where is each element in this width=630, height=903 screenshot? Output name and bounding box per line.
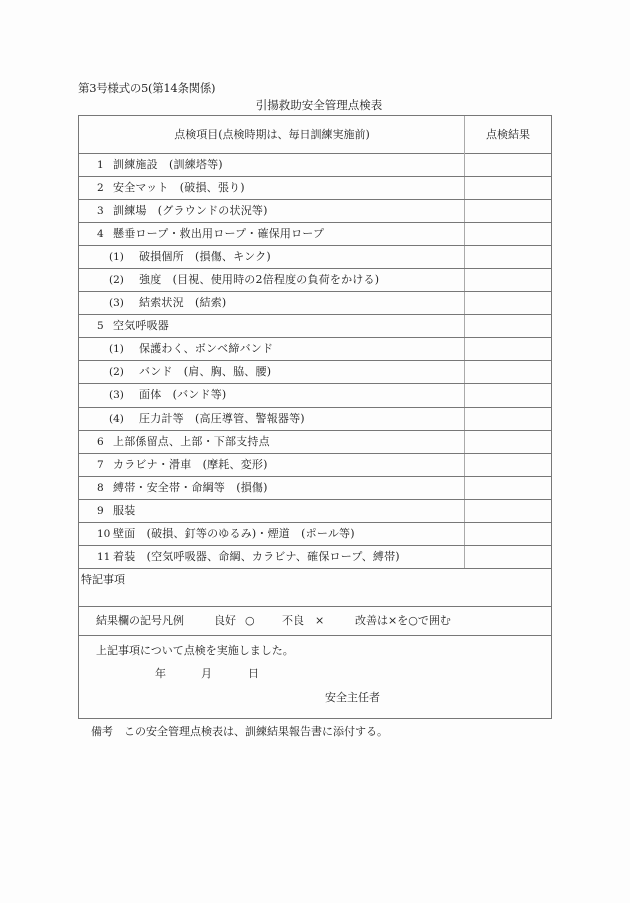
result-cell[interactable]	[465, 361, 551, 383]
result-cell[interactable]	[465, 269, 551, 291]
footnote: 備考 この安全管理点検表は、訓練結果報告書に添付する。	[91, 723, 388, 739]
item-number: (2)	[109, 269, 124, 291]
result-cell[interactable]	[465, 338, 551, 360]
result-cell[interactable]	[465, 315, 551, 337]
result-cell[interactable]	[465, 546, 551, 568]
result-cell[interactable]	[465, 246, 551, 268]
item-number: (3)	[109, 292, 124, 314]
item-label: 安全マット (破損、張り)	[113, 177, 245, 199]
result-cell[interactable]	[465, 154, 551, 176]
table-row: 6上部係留点、上部・下部支持点	[79, 431, 551, 454]
item-label: 強度 (目視、使用時の2倍程度の負荷をかける)	[139, 269, 379, 291]
item-number: (2)	[109, 361, 124, 383]
special-notes-section[interactable]: 特記事項	[79, 569, 551, 607]
item-label: 服装	[113, 500, 135, 522]
item-label: 壁面 (破損、釘等のゆるみ)・煙道 (ポール等)	[113, 523, 355, 545]
item-label: 懸垂ロープ・救出用ロープ・確保用ロープ	[113, 223, 324, 245]
item-number: (1)	[109, 246, 124, 268]
item-number: (3)	[109, 384, 124, 406]
item-number: 8	[97, 477, 104, 499]
item-number: 11	[97, 546, 110, 568]
item-label: カラビナ・滑車 (摩耗、変形)	[113, 454, 268, 476]
result-cell[interactable]	[465, 500, 551, 522]
result-cell[interactable]	[465, 177, 551, 199]
signature-statement: 上記事項について点検を実施しました。	[96, 642, 294, 658]
item-number: 5	[97, 315, 104, 337]
table-row: (3)面体 (バンド等)	[79, 384, 551, 407]
header-result-column: 点検結果	[465, 116, 551, 153]
item-label: 訓練施設 (訓練塔等)	[113, 154, 223, 176]
special-notes-label: 特記事項	[81, 571, 125, 587]
item-label: 空気呼吸器	[113, 315, 169, 337]
item-number: (1)	[109, 338, 124, 360]
legend-bad-label: 不良	[282, 607, 304, 635]
inspection-items: 1訓練施設 (訓練塔等)2安全マット (破損、張り)3訓練場 (グラウンドの状況…	[79, 154, 551, 569]
item-number: 2	[97, 177, 104, 199]
item-label: 面体 (バンド等)	[139, 384, 226, 406]
header-item-column: 点検項目(点検時期は、毎日訓練実施前)	[79, 116, 465, 153]
date-day[interactable]: 日	[248, 665, 259, 681]
legend-good-label: 良好	[214, 607, 236, 635]
result-cell[interactable]	[465, 292, 551, 314]
item-label: 訓練場 (グラウンドの状況等)	[113, 200, 268, 222]
result-cell[interactable]	[465, 200, 551, 222]
safety-officer-label: 安全主任者	[325, 689, 380, 705]
result-cell[interactable]	[465, 454, 551, 476]
result-cell[interactable]	[465, 477, 551, 499]
item-label: 結索状況 (結索)	[139, 292, 226, 314]
result-cell[interactable]	[465, 223, 551, 245]
item-number: 3	[97, 200, 104, 222]
legend-title: 結果欄の記号凡例	[96, 607, 184, 635]
table-row: (4)圧力計等 (高圧導管、警報器等)	[79, 408, 551, 431]
result-cell[interactable]	[465, 408, 551, 430]
item-number: 10	[97, 523, 110, 545]
result-cell[interactable]	[465, 523, 551, 545]
table-row: (2)強度 (目視、使用時の2倍程度の負荷をかける)	[79, 269, 551, 292]
table-row: 7カラビナ・滑車 (摩耗、変形)	[79, 454, 551, 477]
form-number: 第3号様式の5(第14条関係)	[78, 80, 215, 96]
table-header: 点検項目(点検時期は、毎日訓練実施前) 点検結果	[79, 116, 551, 154]
page-title: 引揚救助安全管理点検表	[0, 97, 630, 113]
item-label: バンド (肩、胸、脇、腰)	[139, 361, 271, 383]
date-year[interactable]: 年	[155, 665, 166, 681]
item-label: 縛帯・安全帯・命綱等 (損傷)	[113, 477, 268, 499]
table-row: 10壁面 (破損、釘等のゆるみ)・煙道 (ポール等)	[79, 523, 551, 546]
result-cell[interactable]	[465, 431, 551, 453]
date-month[interactable]: 月	[201, 665, 212, 681]
table-row: (2)バンド (肩、胸、脇、腰)	[79, 361, 551, 384]
table-row: 3訓練場 (グラウンドの状況等)	[79, 200, 551, 223]
legend-improved-text: 改善は×を○で囲む	[355, 607, 451, 635]
legend-row: 結果欄の記号凡例 良好 ○ 不良 × 改善は×を○で囲む	[79, 607, 551, 636]
item-number: 1	[97, 154, 104, 176]
item-label: 着装 (空気呼吸器、命綱、カラビナ、確保ロープ、縛帯)	[113, 546, 400, 568]
signature-section: 上記事項について点検を実施しました。 年 月 日 安全主任者	[79, 636, 551, 718]
item-label: 圧力計等 (高圧導管、警報器等)	[139, 408, 305, 430]
table-row: 5空気呼吸器	[79, 315, 551, 338]
item-label: 保護わく、ボンベ締バンド	[139, 338, 273, 360]
inspection-form: 点検項目(点検時期は、毎日訓練実施前) 点検結果 1訓練施設 (訓練塔等)2安全…	[78, 115, 552, 719]
table-row: 8縛帯・安全帯・命綱等 (損傷)	[79, 477, 551, 500]
table-row: 9服装	[79, 500, 551, 523]
item-number: 6	[97, 431, 104, 453]
item-label: 上部係留点、上部・下部支持点	[113, 431, 270, 453]
legend-good-symbol: ○	[245, 607, 255, 635]
item-number: 7	[97, 454, 104, 476]
item-label: 破損個所 (損傷、キンク)	[139, 246, 271, 268]
table-row: (1)破損個所 (損傷、キンク)	[79, 246, 551, 269]
table-row: (1)保護わく、ボンベ締バンド	[79, 338, 551, 361]
table-row: 2安全マット (破損、張り)	[79, 177, 551, 200]
item-number: (4)	[109, 408, 124, 430]
table-row: 1訓練施設 (訓練塔等)	[79, 154, 551, 177]
item-number: 9	[97, 500, 104, 522]
table-row: (3)結索状況 (結索)	[79, 292, 551, 315]
table-row: 11着装 (空気呼吸器、命綱、カラビナ、確保ロープ、縛帯)	[79, 546, 551, 569]
result-cell[interactable]	[465, 384, 551, 406]
table-row: 4懸垂ロープ・救出用ロープ・確保用ロープ	[79, 223, 551, 246]
item-number: 4	[97, 223, 104, 245]
legend-bad-symbol: ×	[315, 607, 324, 635]
